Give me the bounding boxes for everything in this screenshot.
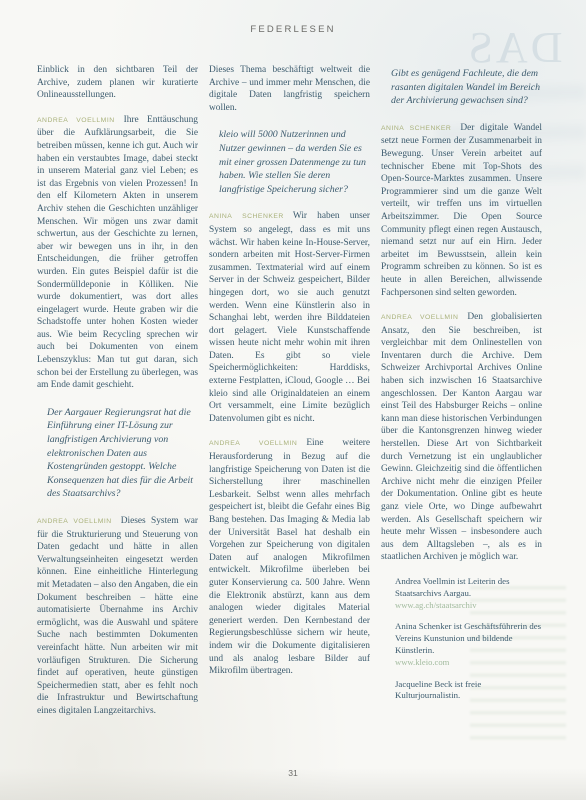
section-header: FEDERLESEN	[0, 24, 586, 35]
column-2: Dieses Thema beschäftigt weltweit die Ar…	[209, 64, 370, 730]
answer-paragraph: ANDREA VOELLMINEine weitere Herausforder…	[209, 437, 370, 677]
magazine-page: DAS FEDERLESEN Einblick in den sichtbare…	[0, 0, 586, 800]
answer-paragraph: ANDREA VOELLMINDen globalisierten Ansatz…	[381, 311, 542, 564]
bio-link: www.kleio.com	[395, 657, 542, 669]
page-number: 31	[0, 768, 586, 778]
bio-note: Jacqueline Beck ist freie Kulturjournali…	[395, 679, 542, 703]
speaker-label: ANINA SCHENKER	[381, 125, 451, 132]
column-3: Gibt es genügend Fachleute, die dem rasa…	[381, 64, 542, 730]
speaker-label: ANDREA VOELLMIN	[37, 117, 115, 124]
speaker-label: ANDREA VOELLMIN	[37, 518, 112, 525]
answer-paragraph: ANDREA VOELLMINIhre Enttäuschung über di…	[37, 114, 198, 392]
bio-note: Andrea Voellmin ist Leiterin des Staatsa…	[395, 576, 542, 611]
interview-question: Der Aargauer Regierungsrat hat die Einfü…	[47, 406, 198, 501]
bio-link: www.ag.ch/staatsarchiv	[395, 600, 542, 612]
article-columns: Einblick in den sichtbaren Teil der Arch…	[37, 64, 543, 730]
speaker-label: ANDREA VOELLMIN	[209, 440, 297, 447]
interview-question: kleio will 5000 Nutzerinnen und Nutzer g…	[219, 128, 370, 196]
answer-paragraph: ANINA SCHENKERWir haben unser System so …	[209, 210, 370, 425]
paragraph-continuation: Einblick in den sichtbaren Teil der Arch…	[37, 64, 198, 102]
paragraph-continuation: Dieses Thema beschäftigt weltweit die Ar…	[209, 64, 370, 114]
column-1: Einblick in den sichtbaren Teil der Arch…	[37, 64, 198, 730]
answer-paragraph: ANDREA VOELLMINDieses System war für die…	[37, 515, 198, 718]
speaker-label: ANDREA VOELLMIN	[381, 314, 458, 321]
interview-question: Gibt es genügend Fachleute, die dem rasa…	[391, 67, 542, 108]
bio-note: Anina Schenker ist Geschäftsführerin des…	[395, 621, 542, 668]
speaker-label: ANINA SCHENKER	[209, 213, 284, 220]
answer-paragraph: ANINA SCHENKERDer digitale Wandel setzt …	[381, 122, 542, 299]
